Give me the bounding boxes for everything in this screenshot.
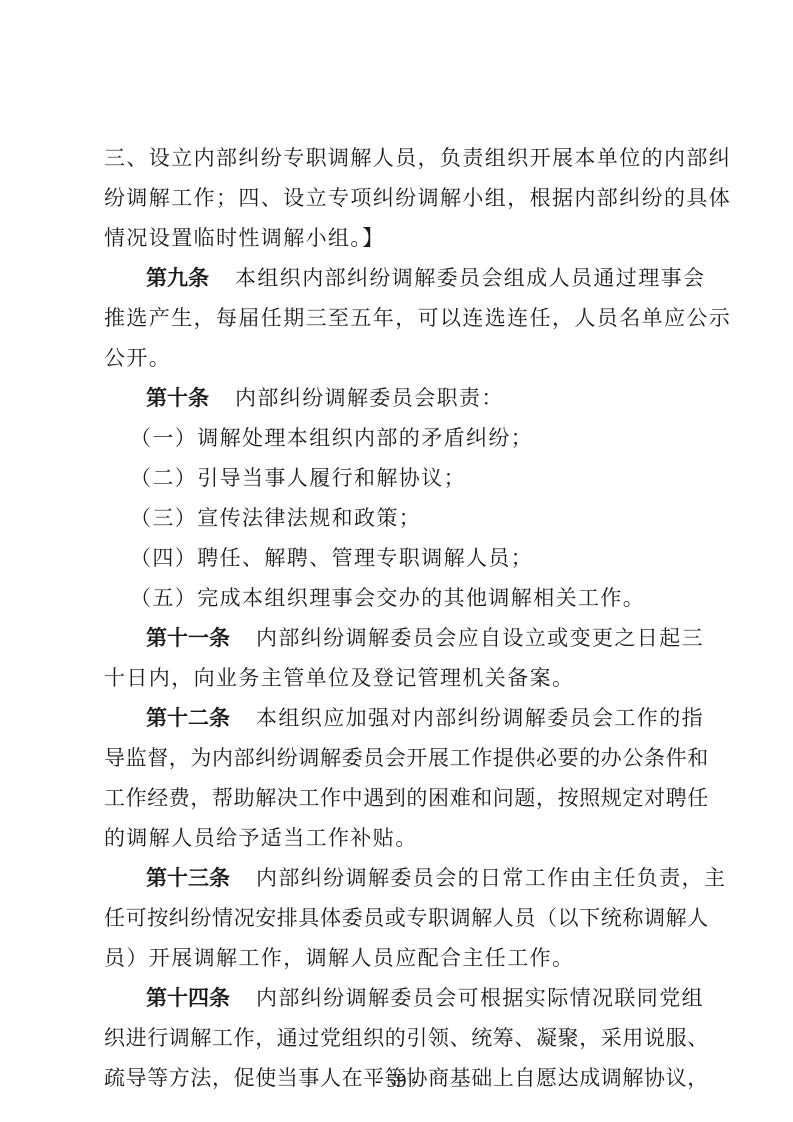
text-line: 工作经费，帮助解决工作中遇到的困难和问题，按照规定对聘任 [104,778,694,818]
text-line: 导监督，为内部纠纷调解委员会开展工作提供必要的办公条件和 [104,738,694,778]
article-12: 第十二条本组织应加强对内部纠纷调解委员会工作的指 [146,698,736,738]
list-item: （一）调解处理本组织内部的矛盾纠纷； [130,418,720,458]
document-page: 三、设立内部纠纷专职调解人员，负责组织开展本单位的内部纠 纷调解工作；四、设立专… [0,0,793,1122]
article-text: 内部纠纷调解委员会职责： [235,386,504,410]
text-line: 三、设立内部纠纷专职调解人员，负责组织开展本单位的内部纠 [104,138,694,178]
article-heading: 第十二条 [146,706,230,730]
text-line: 织进行调解工作，通过党组织的引领、统筹、凝聚，采用说服、 [104,1018,694,1058]
text-line: 公开。 [104,338,694,378]
text-line: 纷调解工作；四、设立专项纠纷调解小组，根据内部纠纷的具体 [104,178,694,218]
list-item: （三）宣传法律法规和政策； [130,498,720,538]
article-heading: 第十三条 [146,866,230,890]
article-9: 第九条本组织内部纠纷调解委员会组成人员通过理事会 [146,258,736,298]
article-10: 第十条内部纠纷调解委员会职责： [146,378,736,418]
text-line: 十日内，向业务主管单位及登记管理机关备案。 [104,658,694,698]
text-line: 情况设置临时性调解小组。】 [104,218,694,258]
article-text: 本组织内部纠纷调解委员会组成人员通过理事会 [235,266,705,290]
text-line: 的调解人员给予适当工作补贴。 [104,818,694,858]
article-text: 内部纠纷调解委员会的日常工作由主任负责，主 [256,866,726,890]
list-item: （二）引导当事人履行和解协议； [130,458,720,498]
article-heading: 第十一条 [146,626,230,650]
article-14: 第十四条内部纠纷调解委员会可根据实际情况联同党组 [146,978,736,1018]
article-heading: 第十条 [146,386,209,410]
text-line: 推选产生，每届任期三至五年，可以连选连任，人员名单应公示 [104,298,694,338]
article-heading: 第九条 [146,266,209,290]
article-heading: 第十四条 [146,986,230,1010]
article-13: 第十三条内部纠纷调解委员会的日常工作由主任负责，主 [146,858,736,898]
page-number: - 59 - [0,1070,793,1093]
article-11: 第十一条内部纠纷调解委员会应自设立或变更之日起三 [146,618,736,658]
article-text: 本组织应加强对内部纠纷调解委员会工作的指 [256,706,704,730]
article-text: 内部纠纷调解委员会应自设立或变更之日起三 [256,626,704,650]
list-item: （五）完成本组织理事会交办的其他调解相关工作。 [130,578,720,618]
text-line: 员）开展调解工作，调解人员应配合主任工作。 [104,938,694,978]
text-line: 任可按纠纷情况安排具体委员或专职调解人员（以下统称调解人 [104,898,694,938]
article-text: 内部纠纷调解委员会可根据实际情况联同党组 [256,986,704,1010]
list-item: （四）聘任、解聘、管理专职调解人员； [130,538,720,578]
